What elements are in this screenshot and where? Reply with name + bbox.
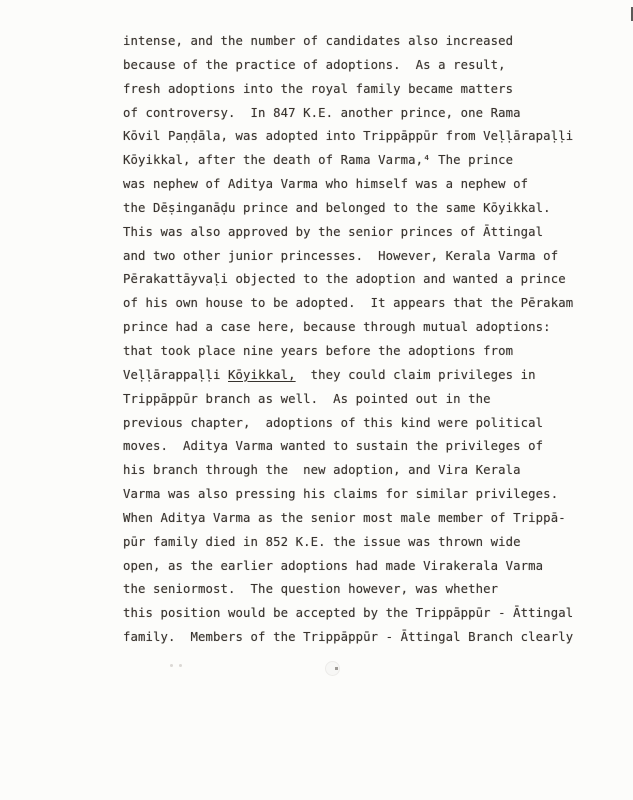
text-line: of controversy. In 847 K.E. another prin…: [123, 102, 593, 126]
text-line: this position would be accepted by the T…: [123, 602, 593, 626]
text-line: moves. Aditya Varma wanted to sustain th…: [123, 435, 593, 459]
text-line: of his own house to be adopted. It appea…: [123, 292, 593, 316]
text-line: This was also approved by the senior pri…: [123, 221, 593, 245]
text-line: the Dēṣinganāḍu prince and belonged to t…: [123, 197, 593, 221]
scan-smudge-artifact: [325, 661, 340, 676]
scan-smudge-artifact: [170, 652, 188, 656]
text-line-with-underlined-word: Veḷḷārappaḷḷi Kōyikkal, they could claim…: [123, 364, 593, 388]
text-line: was nephew of Aditya Varma who himself w…: [123, 173, 593, 197]
text-line: open, as the earlier adoptions had made …: [123, 555, 593, 579]
text-line: fresh adoptions into the royal family be…: [123, 78, 593, 102]
text-line: intense, and the number of candidates al…: [123, 30, 593, 54]
text-segment: they could claim privileges in: [296, 368, 536, 382]
text-segment: Veḷḷārappaḷḷi: [123, 368, 228, 382]
text-line: Pērakattāyvaḷi objected to the adoption …: [123, 268, 593, 292]
text-line-with-footnote-ref: Kōyikkal, after the death of Rama Varma,…: [123, 149, 593, 173]
underlined-word: Kōyikkal,: [228, 368, 296, 382]
text-line: family. Members of the Trippāppūr - Ātti…: [123, 626, 593, 650]
text-line: Varma was also pressing his claims for s…: [123, 483, 593, 507]
text-line: previous chapter, adoptions of this kind…: [123, 412, 593, 436]
text-line: because of the practice of adoptions. As…: [123, 54, 593, 78]
text-line: and two other junior princesses. However…: [123, 245, 593, 269]
body-text: intense, and the number of candidates al…: [123, 30, 593, 650]
text-line: his branch through the new adoption, and…: [123, 459, 593, 483]
text-line: pūr family died in 852 K.E. the issue wa…: [123, 531, 593, 555]
text-line: that took place nine years before the ad…: [123, 340, 593, 364]
text-line: Kōvil Paṇḍāla, was adopted into Trippāpp…: [123, 125, 593, 149]
text-line: Trippāppūr branch as well. As pointed ou…: [123, 388, 593, 412]
text-line: the seniormost. The question however, wa…: [123, 578, 593, 602]
manuscript-page: intense, and the number of candidates al…: [0, 0, 633, 800]
text-line: prince had a case here, because through …: [123, 316, 593, 340]
text-line: When Aditya Varma as the senior most mal…: [123, 507, 593, 531]
